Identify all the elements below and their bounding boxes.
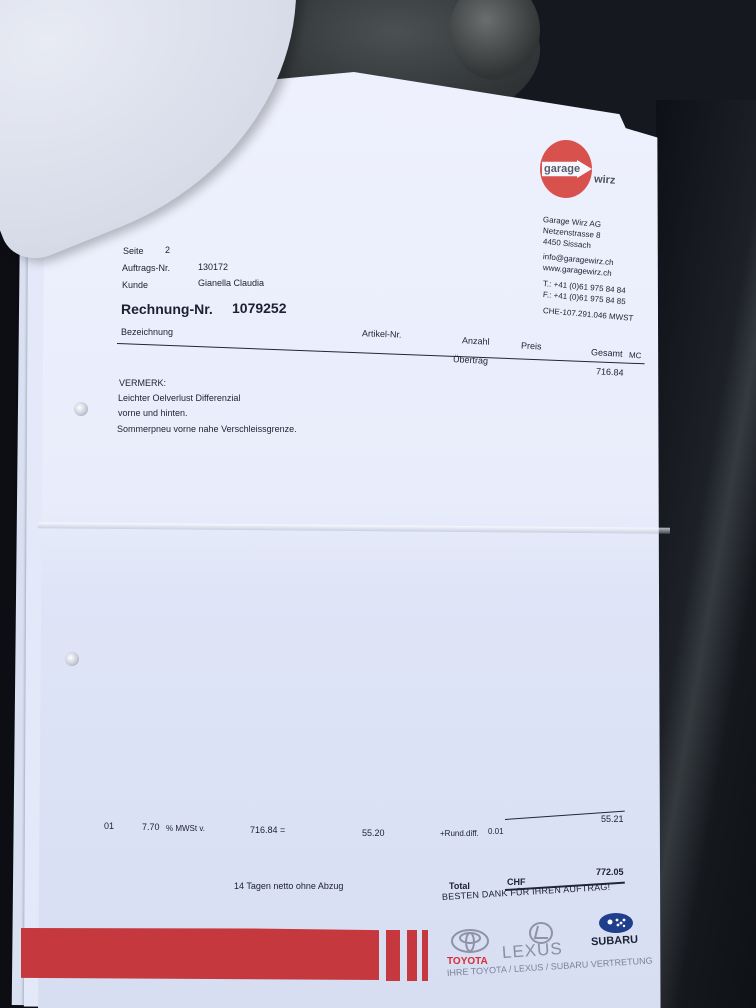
logo-text-garage: garage [544,163,580,175]
total-amount: 772.05 [596,867,624,877]
footer-red-stripe [407,930,417,981]
column-header-total: Gesamt [591,347,623,359]
total-currency: CHF [507,877,526,887]
logo-text-wirz: wirz [594,173,616,186]
invoice-number: 1079252 [232,300,287,316]
punch-hole-icon [74,402,88,416]
remark-line: Leichter Oelverlust Differenzial [118,393,240,403]
remark-title: VERMERK: [119,378,166,388]
column-header-quantity: Anzahl [462,335,490,346]
lexus-wordmark: LEXUS [501,939,563,963]
invoice-label: Rechnung-Nr. [121,301,213,317]
page-label: Seite [123,246,144,256]
subaru-logo [598,912,634,934]
toyota-emblem-icon [450,928,490,954]
carry-over-label: Übertrag [453,354,488,366]
background-car-interior [656,100,756,1008]
customer-label: Kunde [122,280,148,290]
vat-amount: 55.20 [362,828,385,838]
customer-name: Gianella Claudia [198,278,264,288]
vat-rate-suffix: % MWSt v. [166,824,205,833]
page-number: 2 [165,245,170,255]
toyota-logo [450,928,490,954]
payment-terms: 14 Tagen netto ohne Abzug [234,881,343,891]
column-header-price: Preis [521,340,542,351]
remark-line: vorne und hinten. [118,408,188,418]
subaru-wordmark: SUBARU [591,934,639,948]
vat-base-amount: 716.84 = [250,825,285,835]
column-header-description: Bezeichnung [121,327,173,337]
vat-total: 55.21 [601,814,624,824]
rounding-value: 0.01 [488,827,504,836]
rounding-label: +Rund.diff. [440,829,479,838]
footer-red-stripe [422,930,428,981]
vat-rate: 7.70 [142,822,160,832]
punch-hole-icon [65,652,79,666]
remark-line: Sommerpneu vorne nahe Verschleissgrenze. [117,424,297,434]
footer-red-stripe [386,930,400,981]
garage-wirz-logo: garage wirz [540,140,620,200]
order-label: Auftrags-Nr. [122,263,170,273]
carry-over-value: 716.84 [596,366,624,377]
column-header-mc: MC [629,351,642,361]
footer-red-bar [21,928,379,980]
column-header-article: Artikel-Nr. [362,328,402,339]
subaru-emblem-icon [598,912,634,934]
vat-code: 01 [104,821,114,831]
order-number: 130172 [198,262,228,272]
